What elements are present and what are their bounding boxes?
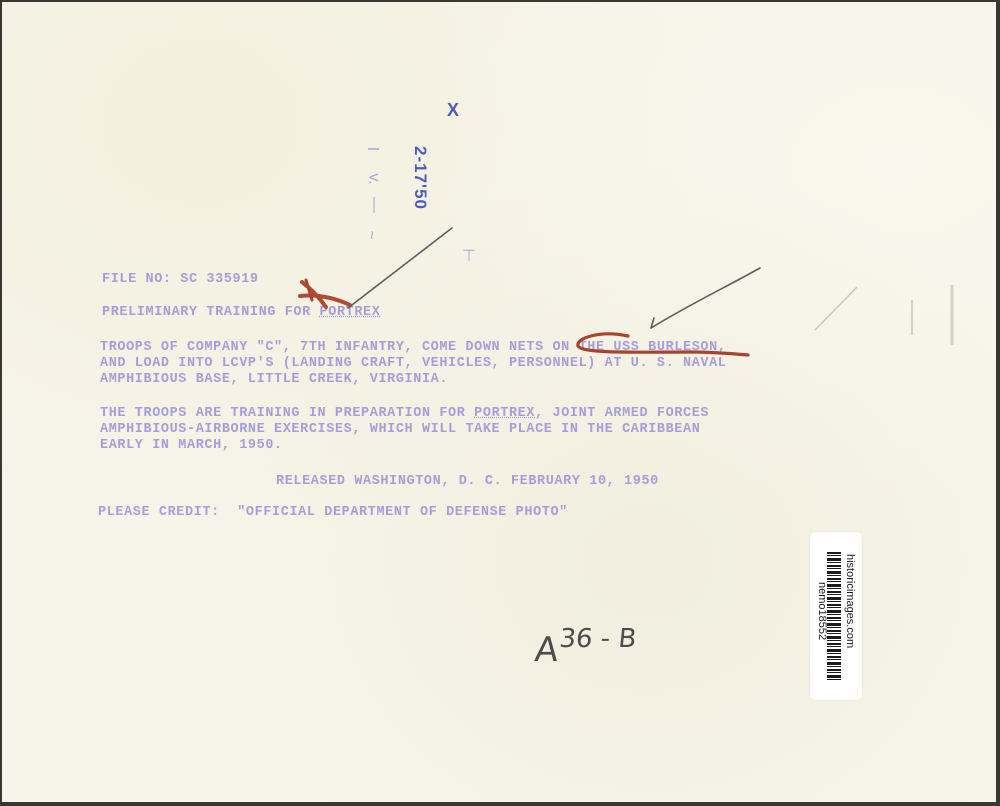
headline: PRELIMINARY TRAINING FOR PORTREX <box>102 305 380 320</box>
paragraph1-line1: TROOPS OF COMPANY "C", 7TH INFANTRY, COM… <box>100 340 727 355</box>
paragraph2-line3: EARLY IN MARCH, 1950. <box>100 438 283 453</box>
p2-underlined: PORTREX <box>474 406 535 421</box>
paragraph2-line2: AMPHIBIOUS-AIRBORNE EXERCISES, WHICH WIL… <box>100 422 700 437</box>
paragraph1-line3: AMPHIBIOUS BASE, LITTLE CREEK, VIRGINIA. <box>100 372 448 387</box>
date-stamp: 2-17'50 <box>410 146 430 210</box>
file-number: FILE NO: SC 335919 <box>102 272 259 287</box>
p2-prefix: THE TROOPS ARE TRAINING IN PREPARATION F… <box>100 406 474 421</box>
faint-stamp-mark: ~ <box>362 230 380 239</box>
catalog-suffix: 36 - B <box>558 624 638 654</box>
faint-stamp-mark: v. <box>365 173 383 184</box>
headline-text: PRELIMINARY TRAINING FOR <box>102 305 320 320</box>
barcode-icon <box>827 552 841 682</box>
headline-underlined: PORTREX <box>320 305 381 320</box>
paragraph1-line2: AND LOAD INTO LCVP'S (LANDING CRAFT, VEH… <box>100 356 727 371</box>
x-stamp: X <box>447 100 459 121</box>
faint-stamp-mark: — <box>365 197 383 213</box>
catalog-letter: A <box>533 630 560 670</box>
faint-stamp-mark: ⊤ <box>462 246 476 266</box>
paragraph2-line1: THE TROOPS ARE TRAINING IN PREPARATION F… <box>100 406 709 421</box>
faint-stamp-mark: I <box>363 147 381 151</box>
credit-value: "OFFICIAL DEPARTMENT OF DEFENSE PHOTO" <box>237 505 568 520</box>
release-line: RELEASED WASHINGTON, D. C. FEBRUARY 10, … <box>276 474 659 489</box>
p2-suffix: , JOINT ARMED FORCES <box>535 406 709 421</box>
barcode-site: historicimages.com <box>844 554 856 648</box>
barcode-id: nemo18552 <box>816 582 828 640</box>
credit-label: PLEASE CREDIT: <box>98 505 220 520</box>
handwritten-catalog-number: A36 - B <box>533 630 637 670</box>
credit-line: PLEASE CREDIT: "OFFICIAL DEPARTMENT OF D… <box>98 505 568 520</box>
barcode-label: historicimages.com nemo18552 <box>810 532 862 700</box>
